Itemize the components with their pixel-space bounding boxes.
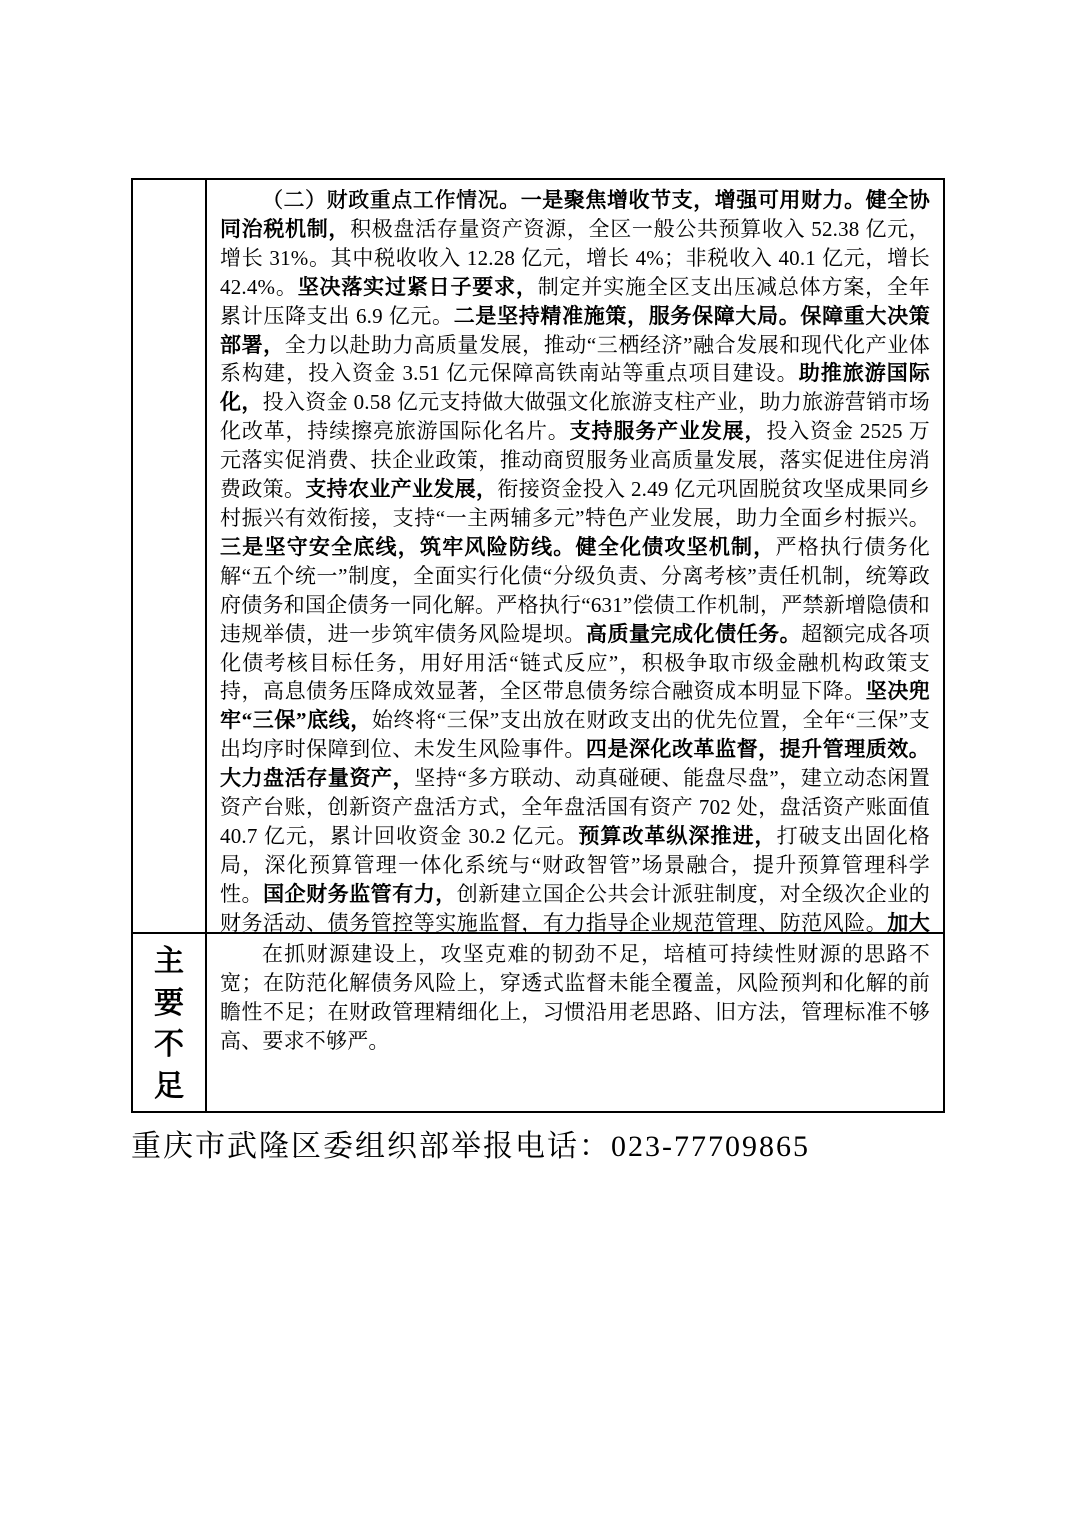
text-segment: 在抓财源建设上，攻坚克难的韧劲不足，培植可持续性财源的思路不宽；在防范化解债务风…: [220, 942, 930, 1053]
text-segment: 预算改革纵深推进，: [578, 824, 776, 848]
text-segment: （二）财政重点工作情况。: [262, 188, 521, 212]
document-page: （二）财政重点工作情况。一是聚焦增收节支，增强可用财力。健全协同治税机制，积极盘…: [0, 0, 1074, 1520]
shortcomings-label-char: 主: [154, 946, 184, 978]
shortcomings-row-label: 主 要 不 足: [133, 934, 207, 1111]
report-content-cell: （二）财政重点工作情况。一是聚焦增收节支，增强可用财力。健全协同治税机制，积极盘…: [207, 180, 943, 934]
text-segment: 支持服务产业发展，: [570, 419, 767, 443]
text-segment: 高质量完成化债任务。: [586, 622, 801, 646]
report-row-label-cell: [133, 180, 207, 934]
text-segment: 坚决落实过紧日子要求，: [298, 275, 538, 299]
shortcomings-label-char: 不: [154, 1029, 184, 1061]
shortcomings-label-char: 足: [154, 1071, 184, 1103]
text-segment: 三是坚守安全底线，筑牢风险防线。健全化债攻坚机制，: [220, 535, 775, 559]
shortcomings-label-char: 要: [154, 988, 184, 1020]
shortcomings-paragraph: 在抓财源建设上，攻坚克难的韧劲不足，培植可持续性财源的思路不宽；在防范化解债务风…: [220, 940, 930, 1056]
text-segment: 支持农业产业发展，: [305, 477, 497, 501]
text-segment: 国企财务监管有力，: [263, 882, 457, 906]
report-hotline-text: 重庆市武隆区委组织部举报电话：023-77709865: [131, 1121, 810, 1165]
shortcomings-content-cell: 在抓财源建设上，攻坚克难的韧劲不足，培植可持续性财源的思路不宽；在防范化解债务风…: [207, 934, 943, 1111]
finance-report-paragraph: （二）财政重点工作情况。一是聚焦增收节支，增强可用财力。健全协同治税机制，积极盘…: [220, 186, 930, 934]
appraisal-table: （二）财政重点工作情况。一是聚焦增收节支，增强可用财力。健全协同治税机制，积极盘…: [131, 178, 945, 1113]
